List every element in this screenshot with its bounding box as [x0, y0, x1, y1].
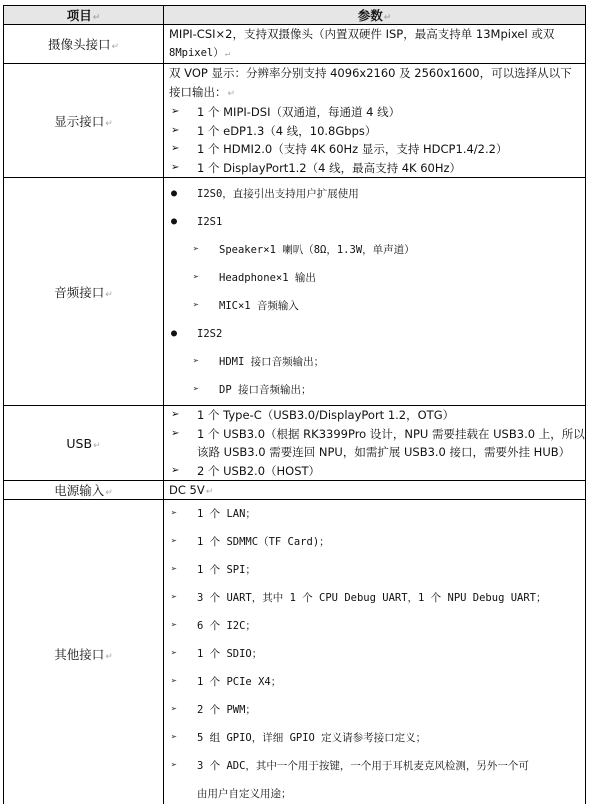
- arrow-bullet-icon: ➢: [169, 556, 197, 584]
- row-display: 显示接口↵ 双 VOP 显示：分辨率分别支持 4096x2160 及 2560x…: [4, 64, 586, 178]
- list-subitem: ➢HDMI 接口音频输出；: [169, 348, 585, 376]
- list-item: ➢5 组 GPIO，详细 GPIO 定义请参考接口定义；: [169, 724, 585, 752]
- list-item: ➢1 个 HDMI2.0（支持 4K 60Hz 显示，支持 HDCP1.4/2.…: [169, 140, 585, 159]
- arrow-bullet-icon: ➢: [169, 724, 197, 752]
- arrow-bullet-icon: ➢: [169, 462, 197, 481]
- arrow-bullet-icon: ➢: [169, 140, 197, 159]
- dot-bullet-icon: ●: [169, 208, 197, 236]
- params-other: ➢1 个 LAN； ➢1 个 SDMMC（TF Card)； ➢1 个 SPI；…: [164, 500, 586, 804]
- arrow-bullet-icon: ➢: [169, 752, 197, 780]
- arrow-bullet-icon: ➢: [169, 406, 197, 425]
- arrow-bullet-icon: ➢: [169, 103, 197, 122]
- item-display: 显示接口↵: [4, 64, 164, 178]
- params-camera: MIPI-CSI×2，支持双摄像头（内置双硬件 ISP，最高支持单 13Mpix…: [164, 25, 586, 64]
- list-item: ➢1 个 SPI；: [169, 556, 585, 584]
- list-item: ➢6 个 I2C；: [169, 612, 585, 640]
- row-audio: 音频接口↵ ●I2S0，直接引出支持用户扩展使用 ●I2S1 ➢Speaker×…: [4, 178, 586, 406]
- list-item: ➢1 个 LAN；: [169, 500, 585, 528]
- arrow-bullet-icon: ➢: [169, 584, 197, 612]
- dot-bullet-icon: ●: [169, 180, 197, 208]
- item-usb: USB↵: [4, 406, 164, 481]
- params-usb: ➢1 个 Type-C（USB3.0/DisplayPort 1.2，OTG） …: [164, 406, 586, 481]
- arrow-bullet-icon: ➢: [191, 348, 219, 376]
- item-other: 其他接口↵: [4, 500, 164, 804]
- row-other: 其他接口↵ ➢1 个 LAN； ➢1 个 SDMMC（TF Card)； ➢1 …: [4, 500, 586, 804]
- list-item: ➢1 个 MIPI-DSI（双通道，每通道 4 线）: [169, 103, 585, 122]
- arrow-bullet-icon: ➢: [169, 159, 197, 178]
- header-item: 项目↵: [4, 6, 164, 25]
- arrow-bullet-icon: ➢: [169, 640, 197, 668]
- arrow-bullet-icon: ➢: [169, 696, 197, 724]
- arrow-bullet-icon: ➢: [191, 236, 219, 264]
- list-item: ➢2 个 USB2.0（HOST）: [169, 462, 585, 481]
- list-item: ➢3 个 ADC，其中一个用于按键，一个用于耳机麦克风检测，另外一个可: [169, 752, 585, 780]
- list-subitem: ➢Speaker×1 喇叭（8Ω，1.3W，单声道）: [169, 236, 585, 264]
- list-item: ➢1 个 USB3.0（根据 RK3399Pro 设计，NPU 需要挂载在 US…: [169, 425, 585, 444]
- list-item: ➢3 个 UART，其中 1 个 CPU Debug UART，1 个 NPU …: [169, 584, 585, 612]
- arrow-bullet-icon: ➢: [169, 528, 197, 556]
- item-camera: 摄像头接口↵: [4, 25, 164, 64]
- list-item: ➢1 个 SDIO；: [169, 640, 585, 668]
- arrow-bullet-icon: ➢: [191, 264, 219, 292]
- params-power: DC 5V↵: [164, 481, 586, 500]
- params-display: 双 VOP 显示：分辨率分别支持 4096x2160 及 2560x1600，可…: [164, 64, 586, 178]
- params-audio: ●I2S0，直接引出支持用户扩展使用 ●I2S1 ➢Speaker×1 喇叭（8…: [164, 178, 586, 406]
- list-item: ●I2S0，直接引出支持用户扩展使用: [169, 180, 585, 208]
- list-subitem: ➢Headphone×1 输出: [169, 264, 585, 292]
- row-camera: 摄像头接口↵ MIPI-CSI×2，支持双摄像头（内置双硬件 ISP，最高支持单…: [4, 25, 586, 64]
- list-item: ➢1 个 Type-C（USB3.0/DisplayPort 1.2，OTG）: [169, 406, 585, 425]
- list-item: ➢1 个 DisplayPort1.2（4 线，最高支持 4K 60Hz）: [169, 159, 585, 178]
- header-row: 项目↵ 参数↵: [4, 6, 586, 25]
- list-item: ●I2S2: [169, 320, 585, 348]
- row-power: 电源输入↵ DC 5V↵: [4, 481, 586, 500]
- list-subitem: ➢MIC×1 音频输入: [169, 292, 585, 320]
- arrow-bullet-icon: ➢: [169, 122, 197, 141]
- arrow-bullet-icon: ➢: [191, 292, 219, 320]
- arrow-bullet-icon: ➢: [169, 612, 197, 640]
- dot-bullet-icon: ●: [169, 320, 197, 348]
- arrow-bullet-icon: ➢: [169, 500, 197, 528]
- arrow-bullet-icon: ➢: [191, 376, 219, 404]
- item-audio: 音频接口↵: [4, 178, 164, 406]
- list-item: ●I2S1: [169, 208, 585, 236]
- arrow-bullet-icon: ➢: [169, 668, 197, 696]
- header-params: 参数↵: [164, 6, 586, 25]
- list-item: ➢1 个 eDP1.3（4 线，10.8Gbps）: [169, 122, 585, 141]
- list-subitem: ➢DP 接口音频输出；: [169, 376, 585, 404]
- list-item: ➢1 个 PCIe X4；: [169, 668, 585, 696]
- spec-table: 项目↵ 参数↵ 摄像头接口↵ MIPI-CSI×2，支持双摄像头（内置双硬件 I…: [3, 5, 586, 804]
- arrow-bullet-icon: ➢: [169, 425, 197, 444]
- item-power: 电源输入↵: [4, 481, 164, 500]
- list-item: ➢2 个 PWM；: [169, 696, 585, 724]
- row-usb: USB↵ ➢1 个 Type-C（USB3.0/DisplayPort 1.2，…: [4, 406, 586, 481]
- list-item: ➢1 个 SDMMC（TF Card)；: [169, 528, 585, 556]
